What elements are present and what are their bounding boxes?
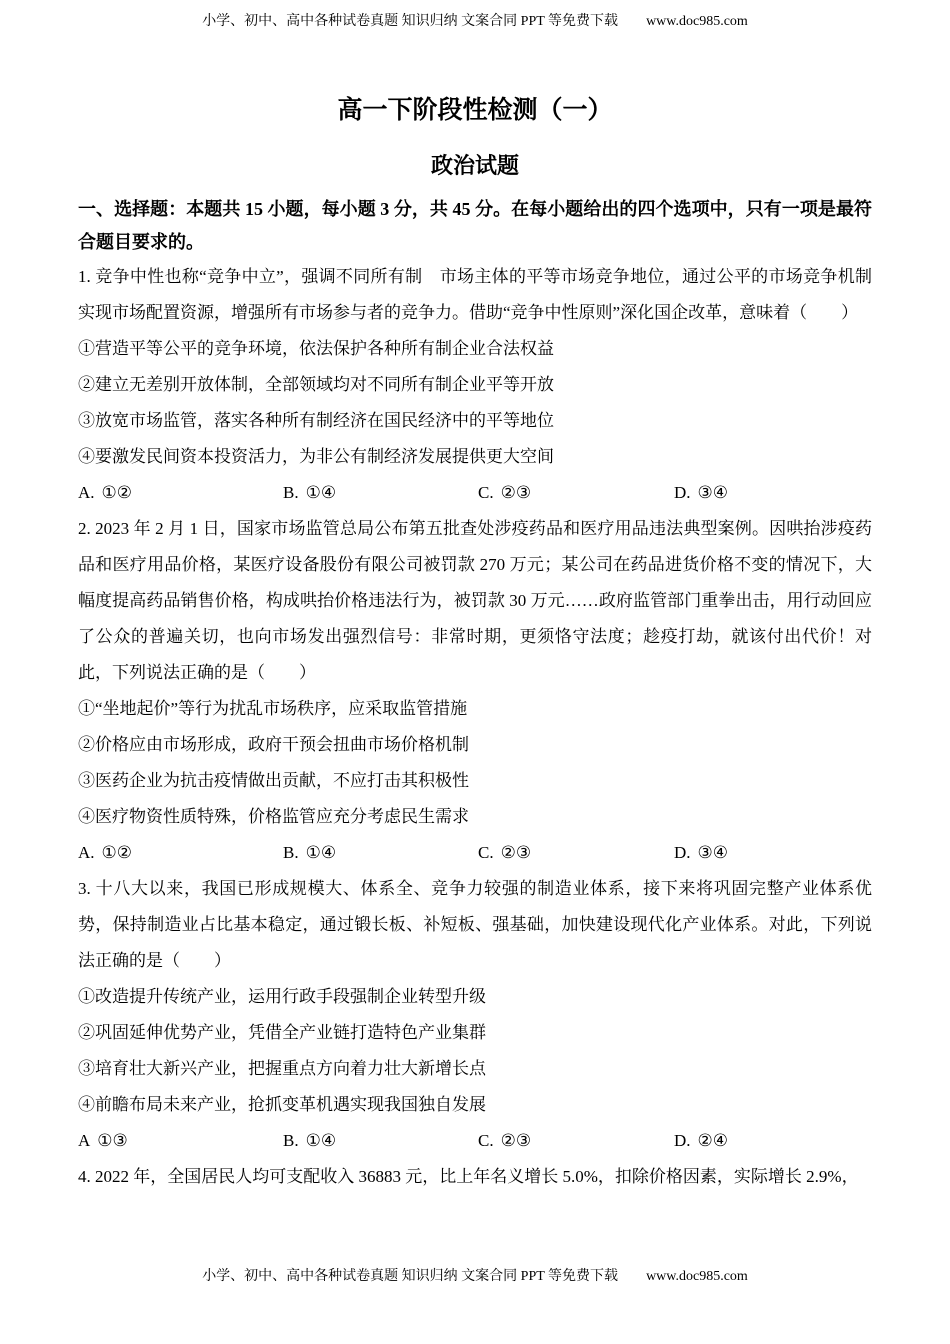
- choice-value: ②③: [501, 483, 531, 502]
- choice-label: B.: [283, 1131, 299, 1150]
- choice-value: ②④: [698, 1131, 728, 1150]
- choice-value: ②③: [501, 1131, 531, 1150]
- question-1-item-1: ①营造平等公平的竞争环境，依法保护各种所有制企业合法权益: [78, 331, 872, 367]
- choice-label: C.: [478, 1131, 494, 1150]
- question-1-item-4: ④要激发民间资本投资活力，为非公有制经济发展提供更大空间: [78, 439, 872, 475]
- choice-value: ③④: [698, 843, 728, 862]
- choice-value: ①③: [97, 1131, 127, 1150]
- question-2-item-2: ②价格应由市场形成，政府干预会扭曲市场价格机制: [78, 727, 872, 763]
- question-3-choice-b: B.①④: [283, 1123, 478, 1159]
- choice-value: ①②: [102, 843, 132, 862]
- choice-label: A: [78, 1131, 90, 1150]
- header-note: 小学、初中、高中各种试卷真题 知识归纳 文案合同 PPT 等免费下载www.do…: [0, 13, 950, 31]
- question-1-item-2: ②建立无差别开放体制，全部领域均对不同所有制企业平等开放: [78, 367, 872, 403]
- question-1-choice-a: A.①②: [78, 475, 283, 511]
- choice-label: C.: [478, 843, 494, 862]
- header-promo-text: 小学、初中、高中各种试卷真题 知识归纳 文案合同 PPT 等免费下载: [202, 14, 618, 29]
- choice-label: D.: [674, 1131, 691, 1150]
- choice-label: C.: [478, 483, 494, 502]
- question-2-choice-c: C.②③: [478, 835, 674, 871]
- header-site-url: www.doc985.com: [646, 14, 748, 29]
- question-2-choices: A.①② B.①④ C.②③ D.③④: [78, 835, 872, 871]
- choice-label: D.: [674, 483, 691, 502]
- question-2: 2. 2023 年 2 月 1 日，国家市场监管总局公布第五批查处涉疫药品和医疗…: [78, 511, 872, 871]
- question-1-choices: A.①② B.①④ C.②③ D.③④: [78, 475, 872, 511]
- question-3-stem: 3. 十八大以来，我国已形成规模大、体系全、竞争力较强的制造业体系，接下来将巩固…: [78, 871, 872, 979]
- question-3-item-4: ④前瞻布局未来产业，抢抓变革机遇实现我国独自发展: [78, 1087, 872, 1123]
- footer-site-url: www.doc985.com: [646, 1269, 748, 1284]
- choice-label: B.: [283, 843, 299, 862]
- choice-value: ②③: [501, 843, 531, 862]
- footer-promo-text: 小学、初中、高中各种试卷真题 知识归纳 文案合同 PPT 等免费下载: [202, 1269, 618, 1284]
- question-2-item-3: ③医药企业为抗击疫情做出贡献，不应打击其积极性: [78, 763, 872, 799]
- page-title: 高一下阶段性检测（一）: [78, 94, 872, 127]
- question-1-stem: 1. 竞争中性也称“竞争中立”，强调不同所有制 市场主体的平等市场竞争地位，通过…: [78, 259, 872, 331]
- question-2-choice-a: A.①②: [78, 835, 283, 871]
- section-heading: 一、选择题：本题共 15 小题，每小题 3 分，共 45 分。在每小题给出的四个…: [78, 193, 872, 259]
- footer-note: 小学、初中、高中各种试卷真题 知识归纳 文案合同 PPT 等免费下载www.do…: [0, 1268, 950, 1286]
- question-2-item-1: ①“坐地起价”等行为扰乱市场秩序，应采取监管措施: [78, 691, 872, 727]
- question-3-choices: A①③ B.①④ C.②③ D.②④: [78, 1123, 872, 1159]
- question-3-choice-d: D.②④: [674, 1123, 872, 1159]
- question-2-item-4: ④医疗物资性质特殊，价格监管应充分考虑民生需求: [78, 799, 872, 835]
- question-2-stem: 2. 2023 年 2 月 1 日，国家市场监管总局公布第五批查处涉疫药品和医疗…: [78, 511, 872, 691]
- choice-label: A.: [78, 843, 95, 862]
- question-3: 3. 十八大以来，我国已形成规模大、体系全、竞争力较强的制造业体系，接下来将巩固…: [78, 871, 872, 1159]
- question-3-choice-a: A①③: [78, 1123, 283, 1159]
- choice-label: A.: [78, 483, 95, 502]
- question-3-item-2: ②巩固延伸优势产业，凭借全产业链打造特色产业集群: [78, 1015, 872, 1051]
- choice-value: ①④: [306, 483, 336, 502]
- document-page: 小学、初中、高中各种试卷真题 知识归纳 文案合同 PPT 等免费下载www.do…: [0, 0, 950, 1344]
- question-3-choice-c: C.②③: [478, 1123, 674, 1159]
- choice-label: D.: [674, 843, 691, 862]
- question-4: 4. 2022 年，全国居民人均可支配收入 36883 元，比上年名义增长 5.…: [78, 1159, 872, 1195]
- choice-label: B.: [283, 483, 299, 502]
- document-body: 高一下阶段性检测（一） 政治试题 一、选择题：本题共 15 小题，每小题 3 分…: [0, 0, 950, 1195]
- question-3-item-3: ③培育壮大新兴产业，把握重点方向着力壮大新增长点: [78, 1051, 872, 1087]
- choice-value: ①④: [306, 1131, 336, 1150]
- question-1-choice-d: D.③④: [674, 475, 872, 511]
- question-4-stem: 4. 2022 年，全国居民人均可支配收入 36883 元，比上年名义增长 5.…: [78, 1159, 872, 1195]
- question-2-choice-d: D.③④: [674, 835, 872, 871]
- question-1-choice-c: C.②③: [478, 475, 674, 511]
- question-1: 1. 竞争中性也称“竞争中立”，强调不同所有制 市场主体的平等市场竞争地位，通过…: [78, 259, 872, 511]
- question-2-choice-b: B.①④: [283, 835, 478, 871]
- choice-value: ①②: [102, 483, 132, 502]
- question-1-choice-b: B.①④: [283, 475, 478, 511]
- choice-value: ③④: [698, 483, 728, 502]
- question-1-item-3: ③放宽市场监管，落实各种所有制经济在国民经济中的平等地位: [78, 403, 872, 439]
- question-3-item-1: ①改造提升传统产业，运用行政手段强制企业转型升级: [78, 979, 872, 1015]
- document-subtitle: 政治试题: [78, 151, 872, 181]
- choice-value: ①④: [306, 843, 336, 862]
